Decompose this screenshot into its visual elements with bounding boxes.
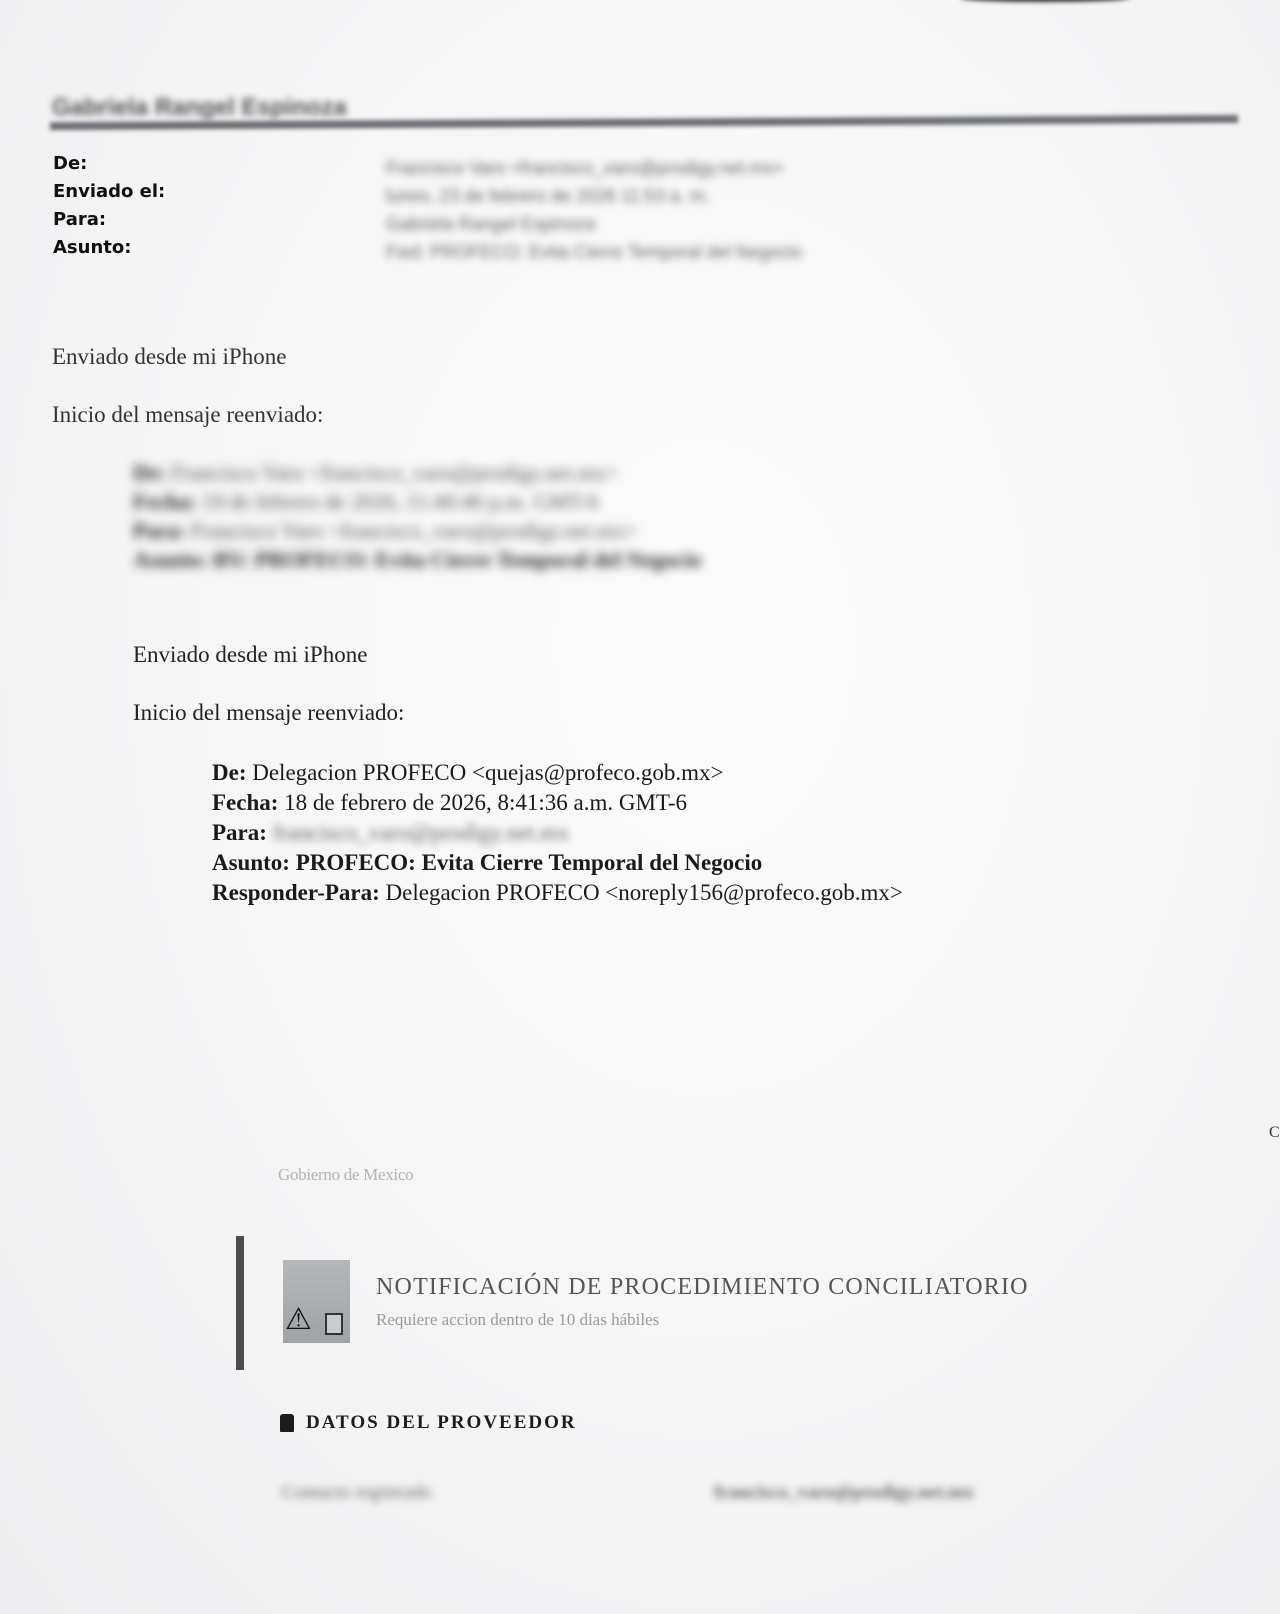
from-value-redacted: Francisco Varo <francisco_varo@prodigy.n… xyxy=(386,154,802,182)
section-title: DATOS DEL PROVEEDOR xyxy=(306,1412,577,1434)
signature-line-2: Enviado desde mi iPhone xyxy=(133,642,367,668)
forward-intro-1: Inicio del mensaje reenviado: xyxy=(52,402,323,428)
forward-1-header-redacted: De: Francisco Varo <francisco_varo@prodi… xyxy=(133,458,701,574)
fwd2-reply-to-row: Responder-Para: Delegacion PROFECO <nore… xyxy=(212,878,903,908)
notice-title: NOTIFICACIÓN DE PROCEDIMIENTO CONCILIATO… xyxy=(376,1274,1029,1301)
fwd2-to-redacted: francisco_varo@prodigy.net.mx xyxy=(273,820,570,845)
forward-2-header: De: Delegacion PROFECO <quejas@profeco.g… xyxy=(212,758,903,908)
print-header: Gabriela Rangel Espinoza xyxy=(50,92,1238,132)
to-value-redacted: Gabriela Rangel Espinoza xyxy=(386,210,802,238)
fwd1-to: Francisco Varo <francisco_varo@prodigy.n… xyxy=(191,518,637,543)
forward-intro-2: Inicio del mensaje reenviado: xyxy=(133,700,404,726)
signature-line-1: Enviado desde mi iPhone xyxy=(52,344,286,370)
fwd1-from-label: De: xyxy=(133,460,166,485)
fwd2-subject-label: Asunto: xyxy=(212,850,290,875)
to-label: Para: xyxy=(53,206,165,234)
fwd1-date: 19 de febrero de 2026, 11:40:46 p.m. GMT… xyxy=(202,489,599,514)
clipboard-icon xyxy=(280,1414,294,1432)
section-provider-data: DATOS DEL PROVEEDOR xyxy=(280,1412,577,1434)
fwd1-from: Francisco Varo <francisco_varo@prodigy.n… xyxy=(171,460,617,485)
document-icon xyxy=(325,1313,343,1335)
page-edge-shadow xyxy=(960,0,1130,2)
warning-triangle-icon: ⚠ xyxy=(285,1303,312,1337)
fwd1-subject-label: Asunto: xyxy=(133,547,208,572)
from-label: De: xyxy=(53,150,165,178)
fwd2-date: 18 de febrero de 2026, 8:41:36 a.m. GMT-… xyxy=(284,790,687,815)
page-edge-glyph: C xyxy=(1269,1124,1280,1142)
fwd2-to-label: Para: xyxy=(212,820,267,845)
outer-message-values: Francisco Varo <francisco_varo@prodigy.n… xyxy=(386,154,802,266)
notice-subtitle: Requiere accion dentro de 10 dias hábile… xyxy=(376,1310,659,1330)
fwd2-from-row: De: Delegacion PROFECO <quejas@profeco.g… xyxy=(212,758,903,788)
subject-value-redacted: Fwd: PROFECO: Evita Cierre Temporal del … xyxy=(386,238,802,266)
sent-value-redacted: lunes, 23 de febrero de 2026 11:53 a. m. xyxy=(386,182,802,210)
fwd2-date-label: Fecha: xyxy=(212,790,278,815)
notice-accent-bar xyxy=(236,1236,244,1370)
fwd2-reply-to: Delegacion PROFECO <noreply156@profeco.g… xyxy=(386,880,903,905)
fwd2-subject-row: Asunto: PROFECO: Evita Cierre Temporal d… xyxy=(212,848,903,878)
contact-value-redacted: francisco_varo@prodigy.net.mx xyxy=(714,1482,974,1504)
mailbox-owner-name: Gabriela Rangel Espinoza xyxy=(52,94,347,122)
fwd1-subject: RV: PROFECO: Evita Cierre Temporal del N… xyxy=(213,547,701,572)
fwd1-to-label: Para: xyxy=(133,518,186,543)
fwd1-date-label: Fecha: xyxy=(133,489,197,514)
fwd2-from: Delegacion PROFECO <quejas@profeco.gob.m… xyxy=(252,760,723,785)
outer-message-labels: De: Enviado el: Para: Asunto: xyxy=(53,150,165,262)
fwd2-reply-to-label: Responder-Para: xyxy=(212,880,380,905)
gov-label: Gobierno de Mexico xyxy=(278,1165,413,1185)
contact-label-redacted: Contacto registrado xyxy=(282,1482,431,1504)
subject-label: Asunto: xyxy=(53,234,165,262)
fwd2-date-row: Fecha: 18 de febrero de 2026, 8:41:36 a.… xyxy=(212,788,903,818)
sent-label: Enviado el: xyxy=(53,178,165,206)
fwd2-subject: PROFECO: Evita Cierre Temporal del Negoc… xyxy=(296,850,763,875)
warning-document-icon: ⚠ xyxy=(283,1260,350,1343)
fwd2-to-row: Para: francisco_varo@prodigy.net.mx xyxy=(212,818,903,848)
fwd2-from-label: De: xyxy=(212,760,246,785)
